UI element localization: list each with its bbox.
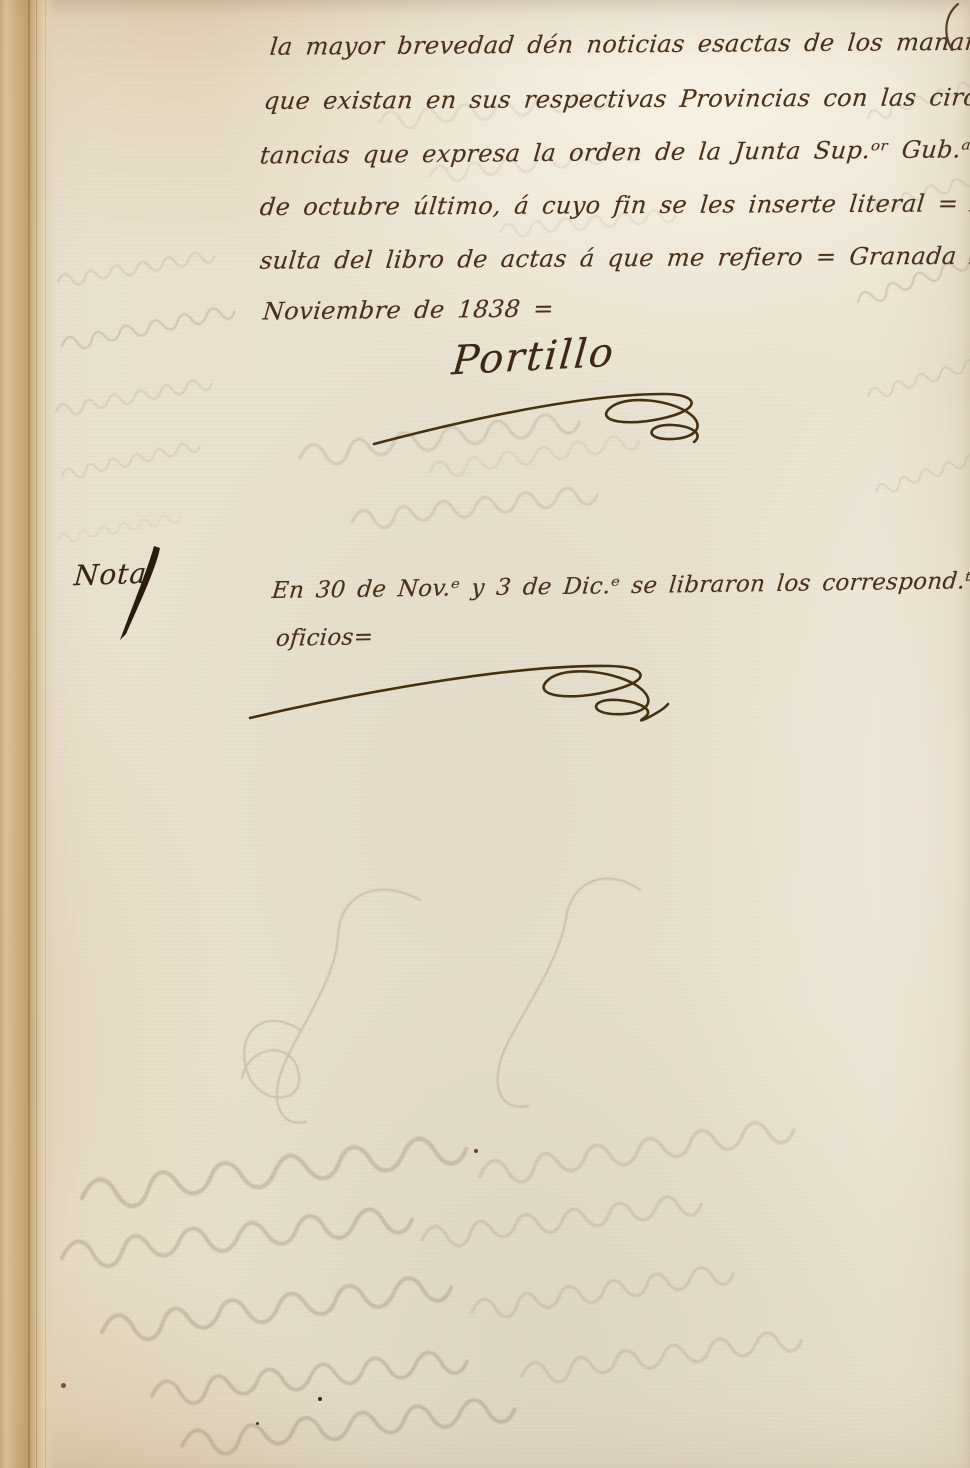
- signature-portillo: Portillo: [450, 330, 617, 385]
- margin-note-brace: [116, 546, 168, 642]
- pen-mark-top-right: [928, 2, 962, 52]
- manuscript-line-5: sulta del libro de actas á que me refier…: [259, 241, 970, 274]
- note-rubric-flourish: [242, 652, 672, 738]
- note-line-2: oficios=: [275, 624, 375, 652]
- ink-speck: [318, 1397, 322, 1401]
- signature-rubric-flourish: [368, 380, 708, 458]
- manuscript-line-6: Noviembre de 1838 =: [262, 294, 556, 325]
- manuscript-line-4: de octubre último, á cuyo fin se les ins…: [259, 189, 970, 221]
- ink-speck: [256, 1422, 259, 1425]
- ink-speck: [61, 1383, 66, 1388]
- ink-speck: [474, 1149, 478, 1153]
- manuscript-line-1: la mayor brevedad dén noticias esactas d…: [269, 27, 970, 61]
- manuscript-line-2: que existan en sus respectivas Provincia…: [263, 83, 970, 115]
- manuscript-page: la mayor brevedad dén noticias esactas d…: [0, 0, 970, 1468]
